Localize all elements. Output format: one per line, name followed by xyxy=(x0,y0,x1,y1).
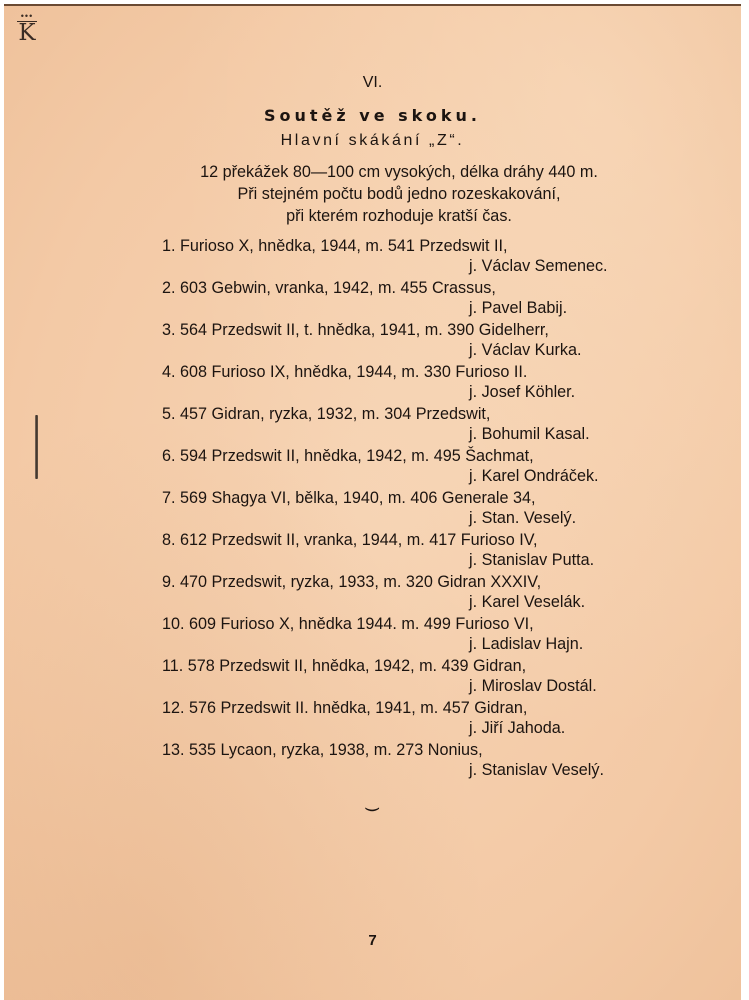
list-item: 3. 564 Przedswit II, t. hnědka, 1941, m.… xyxy=(162,320,632,362)
section-subtitle: Hlavní skákání „Z“. xyxy=(4,132,741,150)
competition-conditions: 12 překážek 80—100 cm vysokých, délka dr… xyxy=(164,161,634,227)
horse-entry: 5. 457 Gidran, ryzka, 1932, m. 304 Przed… xyxy=(162,404,632,424)
list-item: 7. 569 Shagya VI, bělka, 1940, m. 406 Ge… xyxy=(162,488,632,530)
list-item: 9. 470 Przedswit, ryzka, 1933, m. 320 Gi… xyxy=(162,572,632,614)
list-item: 5. 457 Gidran, ryzka, 1932, m. 304 Przed… xyxy=(162,404,632,446)
conditions-line: Při stejném počtu bodů jedno rozeskaková… xyxy=(164,183,634,205)
rider-name: j. Stanislav Veselý. xyxy=(469,760,604,780)
page-number: 7 xyxy=(4,932,741,949)
horse-entry: 10. 609 Furioso X, hnědka 1944. m. 499 F… xyxy=(162,614,632,634)
end-ornament-icon: ⏝ xyxy=(4,795,741,809)
rider-name: j. Stan. Veselý. xyxy=(469,508,576,528)
list-item: 10. 609 Furioso X, hnědka 1944. m. 499 F… xyxy=(162,614,632,656)
horse-entry: 9. 470 Przedswit, ryzka, 1933, m. 320 Gi… xyxy=(162,572,632,592)
archive-logo: ••• K xyxy=(12,12,42,44)
logo-dots-icon: ••• xyxy=(12,12,42,20)
horse-entry: 2. 603 Gebwin, vranka, 1942, m. 455 Cras… xyxy=(162,278,632,298)
document-page: ••• K VI. Soutěž ve skoku. Hlavní skákán… xyxy=(4,4,741,1000)
rider-name: j. Miroslav Dostál. xyxy=(469,676,597,696)
horse-entry: 13. 535 Lycaon, ryzka, 1938, m. 273 Noni… xyxy=(162,740,632,760)
rider-name: j. Karel Ondráček. xyxy=(469,466,599,486)
horse-entry: 8. 612 Przedswit II, vranka, 1944, m. 41… xyxy=(162,530,632,550)
rider-name: j. Josef Köhler. xyxy=(469,382,575,402)
list-item: 1. Furioso X, hnědka, 1944, m. 541 Przed… xyxy=(162,236,632,278)
horse-entry: 11. 578 Przedswit II, hnědka, 1942, m. 4… xyxy=(162,656,632,676)
rider-name: j. Pavel Babij. xyxy=(469,298,567,318)
list-item: 12. 576 Przedswit II. hnědka, 1941, m. 4… xyxy=(162,698,632,740)
horse-entry: 7. 569 Shagya VI, bělka, 1940, m. 406 Ge… xyxy=(162,488,632,508)
horse-entry: 6. 594 Przedswit II, hnědka, 1942, m. 49… xyxy=(162,446,632,466)
horse-entry: 12. 576 Przedswit II. hnědka, 1941, m. 4… xyxy=(162,698,632,718)
conditions-line: 12 překážek 80—100 cm vysokých, délka dr… xyxy=(164,161,634,183)
list-item: 8. 612 Przedswit II, vranka, 1944, m. 41… xyxy=(162,530,632,572)
list-item: 13. 535 Lycaon, ryzka, 1938, m. 273 Noni… xyxy=(162,740,632,782)
rider-name: j. Karel Veselák. xyxy=(469,592,585,612)
rider-name: j. Jiří Jahoda. xyxy=(469,718,565,738)
list-item: 2. 603 Gebwin, vranka, 1942, m. 455 Cras… xyxy=(162,278,632,320)
staple-mark xyxy=(35,415,38,479)
section-title: Soutěž ve skoku. xyxy=(4,106,741,125)
rider-name: j. Václav Kurka. xyxy=(469,340,581,360)
logo-letter-k-icon: K xyxy=(12,22,42,44)
rider-name: j. Stanislav Putta. xyxy=(469,550,594,570)
horse-entry: 1. Furioso X, hnědka, 1944, m. 541 Przed… xyxy=(162,236,632,256)
rider-name: j. Ladislav Hajn. xyxy=(469,634,583,654)
section-number: VI. xyxy=(4,74,741,92)
list-item: 4. 608 Furioso IX, hnědka, 1944, m. 330 … xyxy=(162,362,632,404)
horse-entry: 4. 608 Furioso IX, hnědka, 1944, m. 330 … xyxy=(162,362,632,382)
rider-name: j. Bohumil Kasal. xyxy=(469,424,590,444)
list-item: 6. 594 Przedswit II, hnědka, 1942, m. 49… xyxy=(162,446,632,488)
horse-entry: 3. 564 Przedswit II, t. hnědka, 1941, m.… xyxy=(162,320,632,340)
rider-name: j. Václav Semenec. xyxy=(469,256,608,276)
conditions-line: při kterém rozhoduje kratší čas. xyxy=(164,205,634,227)
entries-list: 1. Furioso X, hnědka, 1944, m. 541 Przed… xyxy=(162,236,632,782)
list-item: 11. 578 Przedswit II, hnědka, 1942, m. 4… xyxy=(162,656,632,698)
